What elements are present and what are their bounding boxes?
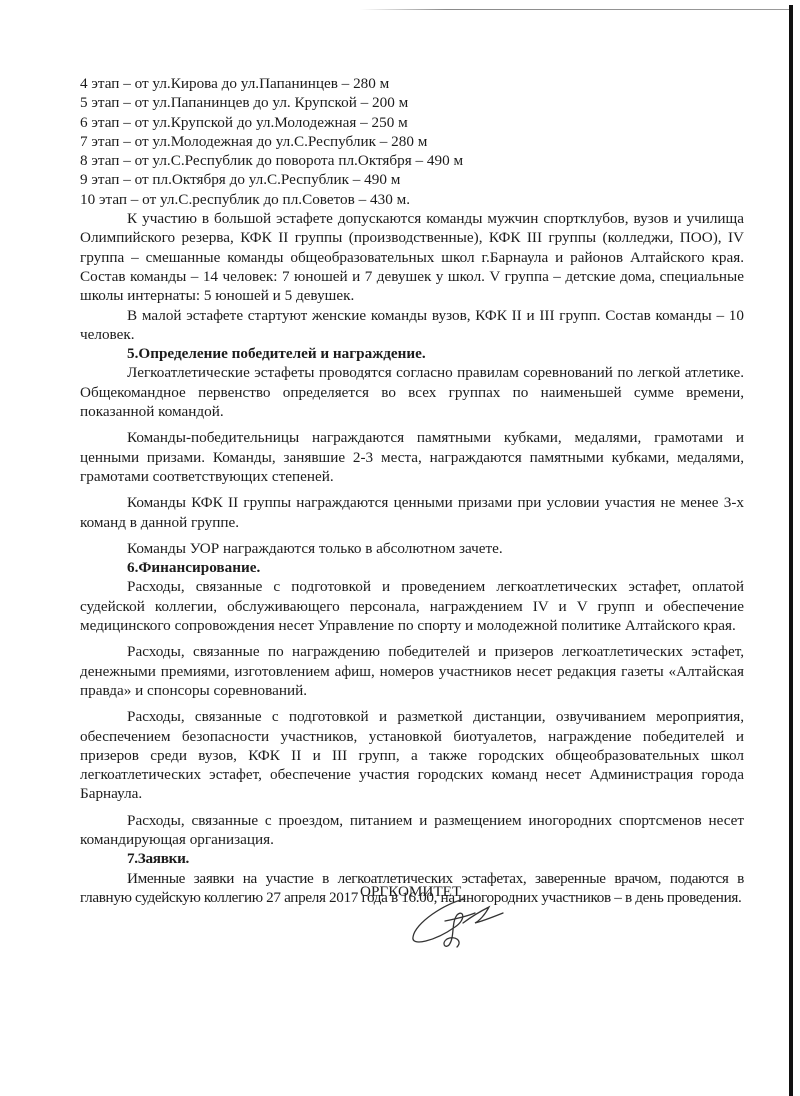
scan-top-edge bbox=[360, 9, 790, 10]
stage-item: 5 этап – от ул.Папанинцев до ул. Крупско… bbox=[80, 93, 744, 112]
section-6-paragraph: Расходы, связанные по награждению победи… bbox=[80, 642, 744, 700]
document-page: 4 этап – от ул.Кирова до ул.Папанинцев –… bbox=[80, 74, 744, 907]
stages-list: 4 этап – от ул.Кирова до ул.Папанинцев –… bbox=[80, 74, 744, 209]
section-5-paragraph: Команды КФК II группы награждаются ценны… bbox=[80, 493, 744, 532]
section-7-heading: 7.Заявки. bbox=[80, 849, 744, 868]
section-5-heading: 5.Определение победителей и награждение. bbox=[80, 344, 744, 363]
section-5-paragraph: Команды-победительницы награждаются памя… bbox=[80, 428, 744, 486]
section-6-paragraph: Расходы, связанные с подготовкой и разме… bbox=[80, 707, 744, 803]
admission-big-relay: К участию в большой эстафете допускаются… bbox=[80, 209, 744, 305]
section-6-paragraph: Расходы, связанные с подготовкой и прове… bbox=[80, 577, 744, 635]
stage-item: 9 этап – от пл.Октября до ул.С.Республик… bbox=[80, 170, 744, 189]
scan-right-edge bbox=[789, 5, 793, 1096]
stage-item: 7 этап – от ул.Молодежная до ул.С.Респуб… bbox=[80, 132, 744, 151]
stage-item: 8 этап – от ул.С.Республик до поворота п… bbox=[80, 151, 744, 170]
stage-item: 10 этап – от ул.С.республик до пл.Совето… bbox=[80, 190, 744, 209]
section-6-heading: 6.Финансирование. bbox=[80, 558, 744, 577]
section-6-paragraph: Расходы, связанные с проездом, питанием … bbox=[80, 811, 744, 850]
signature-icon bbox=[405, 893, 515, 953]
section-5-paragraph: Легкоатлетические эстафеты проводятся со… bbox=[80, 363, 744, 421]
section-5-paragraph: Команды УОР награждаются только в абсолю… bbox=[80, 539, 744, 558]
stage-item: 6 этап – от ул.Крупской до ул.Молодежная… bbox=[80, 113, 744, 132]
admission-small-relay: В малой эстафете стартуют женские команд… bbox=[80, 306, 744, 345]
stage-item: 4 этап – от ул.Кирова до ул.Папанинцев –… bbox=[80, 74, 744, 93]
